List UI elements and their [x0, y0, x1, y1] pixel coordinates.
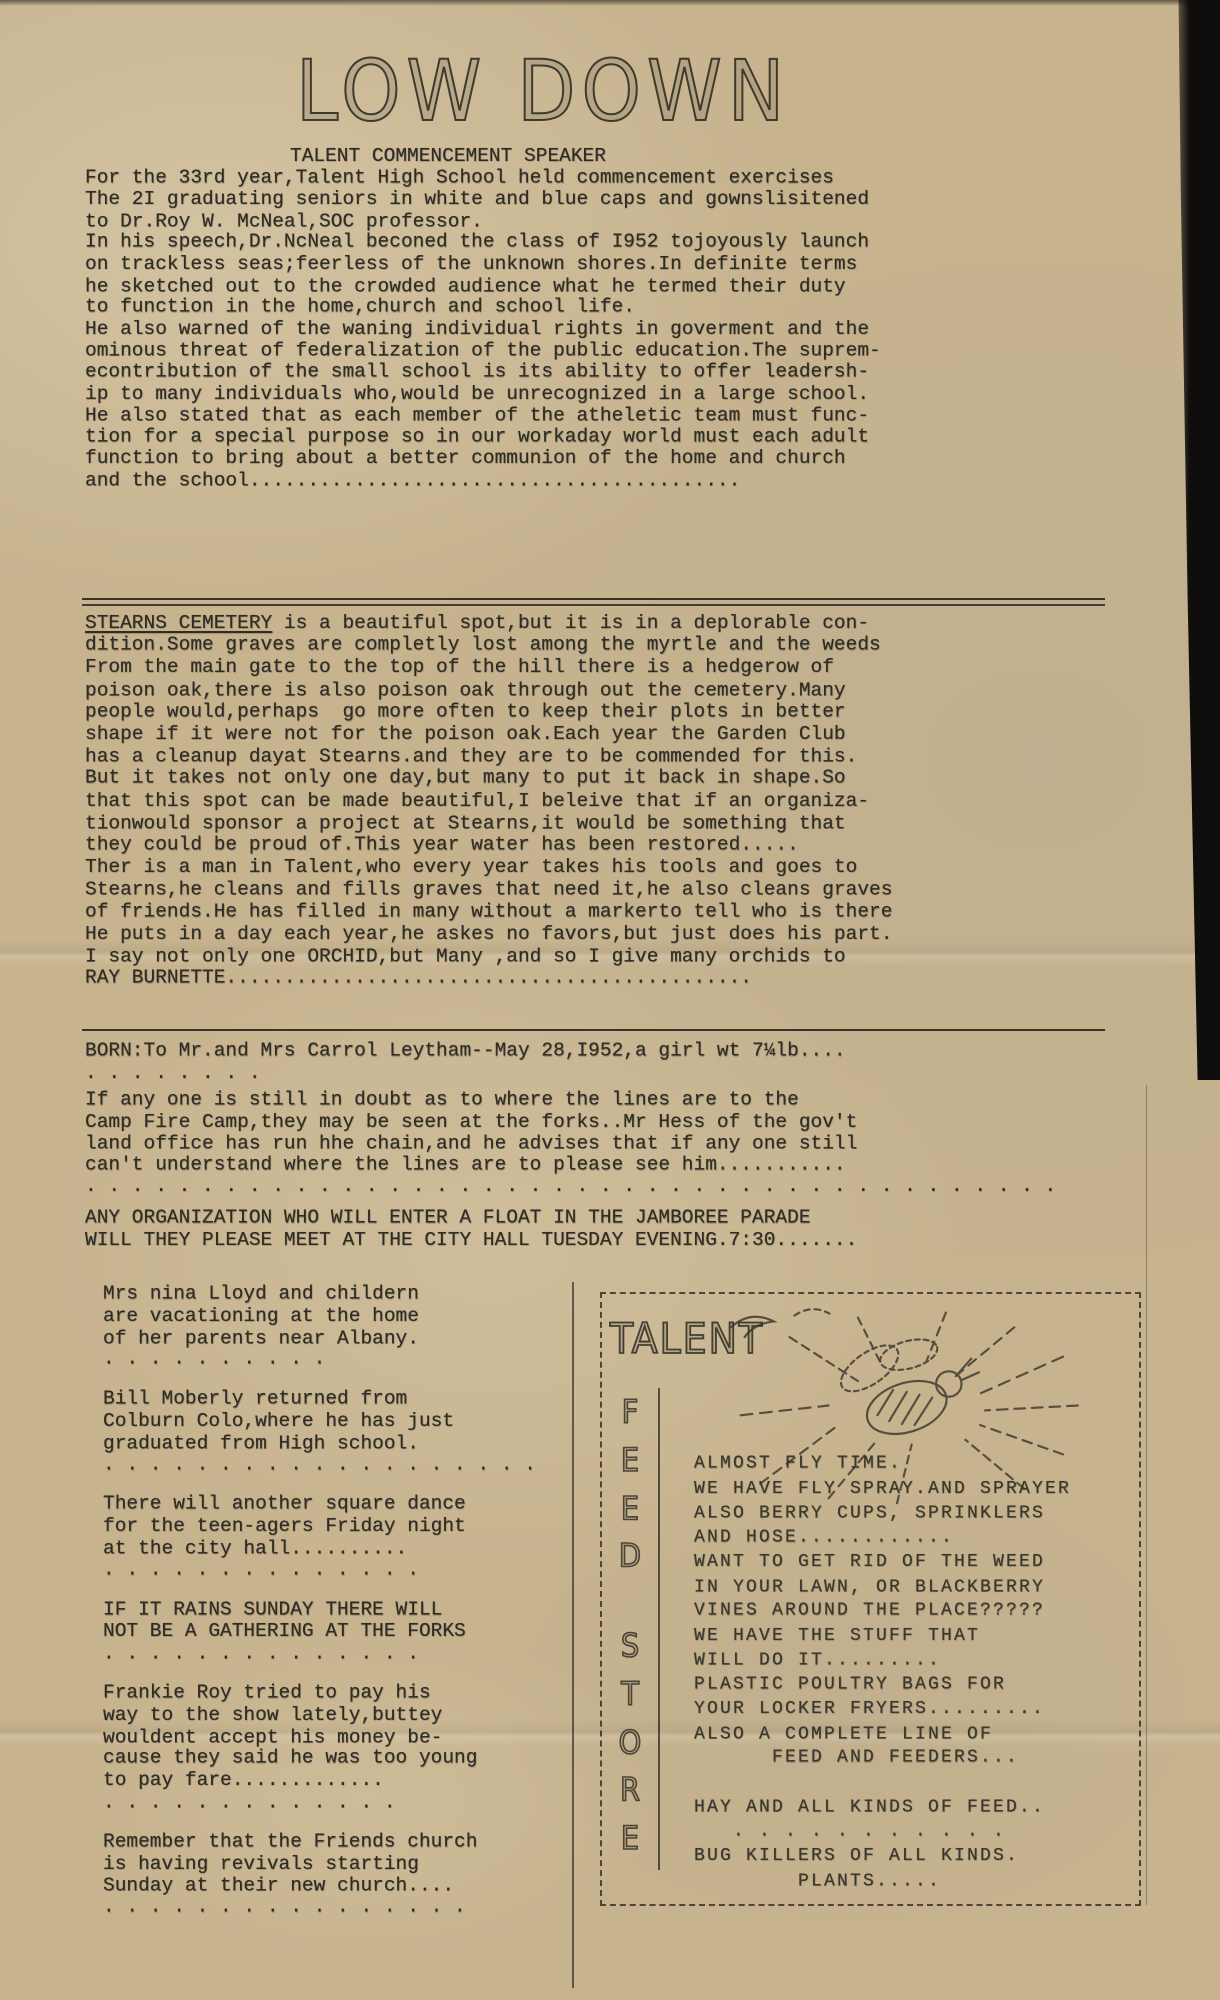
text-line: dition.Some graves are completly lost am… [85, 634, 892, 656]
horizontal-rule-double [82, 598, 1105, 606]
text-line: . . . . . . . . . . . . . [103, 1792, 543, 1814]
news-item: Frankie Roy tried to pay hisway to the s… [103, 1683, 543, 1814]
text-line: IF IT RAINS SUNDAY THERE WILL [103, 1599, 543, 1621]
text-line: F [610, 1388, 650, 1436]
text-line: If any one is still in doubt as to where… [85, 1090, 1056, 1112]
text-line: on trackless seas;feerless of the unknow… [85, 254, 881, 276]
text-line: IN YOUR LAWN, OR BLACKBERRY [694, 1575, 1071, 1600]
news-column: Mrs nina Lloyd and childernare vacationi… [103, 1284, 543, 1937]
text-line: econtribution of the small school is its… [85, 362, 881, 384]
text-line: BUG KILLERS OF ALL KINDS. [694, 1844, 1071, 1869]
newsletter-page: LOW DOWN TALENT COMMENCEMENT SPEAKER For… [0, 0, 1220, 2000]
news-item: IF IT RAINS SUNDAY THERE WILLNOT BE A GA… [103, 1600, 543, 1665]
stearns-lead: STEARNS CEMETERY [85, 612, 272, 634]
text-line: can't understand where the lines are to … [85, 1154, 1056, 1176]
text-line: NOT BE A GATHERING AT THE FORKS [103, 1621, 543, 1643]
text-line: E [610, 1484, 650, 1532]
text-line: In his speech,Dr.NcNeal beconed the clas… [85, 232, 881, 254]
feed-store-ad: TALENT [600, 1292, 1141, 1906]
text-line: T [610, 1670, 650, 1718]
commencement-article: TALENT COMMENCEMENT SPEAKER For the 33rd… [85, 146, 881, 492]
text-line: and the school..........................… [85, 470, 881, 492]
text-line: Sunday at their new church.... [103, 1876, 543, 1898]
birth-announcement: BORN:To Mr.and Mrs Carrol Leytham--May 2… [85, 1041, 846, 1084]
text-line: But it takes not only one day,but many t… [85, 767, 892, 789]
news-item: Mrs nina Lloyd and childernare vacationi… [103, 1284, 543, 1371]
text-line: E [610, 1436, 650, 1484]
text-line: WILL DO IT......... [694, 1648, 1071, 1673]
text-line: WANT TO GET RID OF THE WEED [694, 1550, 1071, 1575]
text-line: Bill Moberly returned from [103, 1389, 543, 1411]
text-line: function to bring about a better communi… [85, 448, 881, 470]
text-line: he sketched out to the crowded audience … [85, 276, 881, 298]
text-line: Camp Fire Camp,they may be seen at the f… [85, 1112, 1056, 1134]
text-line: that this spot can be made beautiful,I b… [85, 790, 892, 812]
text-line: at the city hall.......... [103, 1538, 543, 1560]
text-line: He also stated that as each member of th… [85, 406, 881, 428]
text-line: ominous threat of federalization of the … [85, 341, 881, 363]
text-line: . . . . . . . . . . . . . . . . [103, 1897, 543, 1919]
text-line: There will another square dance [103, 1494, 543, 1516]
text-line: poison oak,there is also poison oak thro… [85, 679, 892, 701]
text-line: FEED AND FEEDERS... [694, 1746, 1071, 1771]
text-line: to function in the home,church and schoo… [85, 297, 881, 319]
text-line: . . . . . . . . . . [103, 1349, 543, 1371]
text-line: Remember that the Friends church [103, 1831, 543, 1853]
text-line: Ther is a man in Talent,who every year t… [85, 856, 892, 878]
text-line: O [610, 1718, 650, 1766]
text-line: YOUR LOCKER FRYERS......... [694, 1697, 1071, 1722]
text-line: ip to many individuals who,would be unre… [85, 384, 881, 406]
text-line: E [610, 1814, 650, 1862]
text-line: WILL THEY PLEASE MEET AT THE CITY HALL T… [85, 1230, 857, 1252]
text-line [694, 1771, 1071, 1796]
text-line: ALSO A COMPLETE LINE OF [694, 1722, 1071, 1747]
scan-edge-right [1164, 0, 1220, 1080]
text-line: . . . . . . . . . . . [694, 1819, 1071, 1844]
text-line: HAY AND ALL KINDS OF FEED.. [694, 1795, 1071, 1820]
text-line: of her parents near Albany. [103, 1328, 543, 1350]
text-line: are vacationing at the home [103, 1306, 543, 1328]
stearns-lead-rest: is a beautiful spot,but it is in a deplo… [272, 612, 869, 634]
text-line: tionwould sponsor a project at Stearns,i… [85, 812, 892, 834]
text-line: R [610, 1766, 650, 1814]
text-line: The 2I graduating seniors in white and b… [85, 189, 881, 211]
horizontal-rule [82, 1029, 1105, 1031]
column-rule [572, 1282, 574, 1988]
text-line: From the main gate to the top of the hil… [85, 656, 892, 678]
text-line: AND HOSE............ [694, 1525, 1071, 1550]
text-line: for the teen-agers Friday night [103, 1516, 543, 1538]
vertical-word-store: STORE [610, 1622, 650, 1862]
text-line: PLASTIC POULTRY BAGS FOR [694, 1672, 1071, 1697]
paper-edge-line [1146, 1085, 1147, 1905]
text-line: shape if it were not for the poison oak.… [85, 723, 892, 745]
ad-divider-line [658, 1388, 660, 1870]
text-line: tion for a special purpose so in our wor… [85, 426, 881, 448]
text-line: PLANTS..... [694, 1869, 1071, 1894]
text-line: ALSO BERRY CUPS, SPRINKLERS [694, 1501, 1071, 1526]
text-line: Mrs nina Lloyd and childern [103, 1284, 543, 1306]
text-line: WE HAVE THE STUFF THAT [694, 1624, 1071, 1649]
text-line: ALMOST FLY TIME. [694, 1452, 1071, 1477]
text-line: people would,perhaps go more often to ke… [85, 701, 892, 723]
text-line: of friends.He has filled in many without… [85, 900, 892, 922]
text-line: RAY BURNETTE............................… [85, 967, 892, 989]
article-body: For the 33rd year,Talent High School hel… [85, 168, 881, 492]
text-line: to Dr.Roy W. McNeal,SOC professor. [85, 211, 881, 233]
text-line: wouldent accept his money be- [103, 1727, 543, 1749]
vertical-word-feed: FEED [610, 1388, 650, 1580]
text-line: graduated from High school. [103, 1433, 543, 1455]
text-line: . . . . . . . . . . . . . . . . . . . [103, 1454, 543, 1476]
jamboree-notice: ANY ORGANIZATION WHO WILL ENTER A FLOAT … [85, 1208, 857, 1251]
text-line: way to the show lately,buttey [103, 1705, 543, 1727]
article-heading: TALENT COMMENCEMENT SPEAKER [85, 146, 881, 168]
stearns-article: STEARNS CEMETERY is a beautiful spot,but… [85, 612, 892, 989]
text-line: Colburn Colo,where he has just [103, 1411, 543, 1433]
text-line: VINES AROUND THE PLACE????? [694, 1599, 1071, 1624]
text-line: Frankie Roy tried to pay his [103, 1683, 543, 1705]
text-line: cause they said he was too young [103, 1748, 543, 1770]
text-line: Stearns,he cleans and fills graves that … [85, 879, 892, 901]
article-body: dition.Some graves are completly lost am… [85, 634, 892, 989]
text-line: . . . . . . . . . . . . . . [103, 1644, 543, 1666]
text-line: . . . . . . . . [85, 1063, 846, 1085]
text-line: they could be proud of.This year water h… [85, 834, 892, 856]
text-line: to pay fare............. [103, 1770, 543, 1792]
text-line: He puts in a day each year,he askes no f… [85, 923, 892, 945]
scan-edge-top [0, 0, 1220, 6]
text-line: . . . . . . . . . . . . . . . . . . . . … [85, 1176, 1056, 1198]
ad-copy: ALMOST FLY TIME.WE HAVE FLY SPRAY.AND SP… [694, 1452, 1071, 1893]
text-line: land office has run hhe chain,and he adv… [85, 1134, 1056, 1156]
text-line: BORN:To Mr.and Mrs Carrol Leytham--May 2… [85, 1041, 846, 1063]
text-line: is having revivals starting [103, 1854, 543, 1876]
news-item: Remember that the Friends churchis havin… [103, 1832, 543, 1919]
text-line: D [610, 1532, 650, 1580]
campfire-notice: If any one is still in doubt as to where… [85, 1090, 1056, 1198]
text-line: ANY ORGANIZATION WHO WILL ENTER A FLOAT … [85, 1208, 857, 1230]
text-line: WE HAVE FLY SPRAY.AND SPRAYER [694, 1477, 1071, 1502]
text-line: has a cleanup dayat Stearns.and they are… [85, 746, 892, 768]
stearns-lead-line: STEARNS CEMETERY is a beautiful spot,but… [85, 612, 892, 634]
text-line: For the 33rd year,Talent High School hel… [85, 167, 881, 189]
text-line: . . . . . . . . . . . . . . [103, 1559, 543, 1581]
news-item: There will another square dancefor the t… [103, 1494, 543, 1581]
text-line: I say not only one ORCHID,but Many ,and … [85, 945, 892, 967]
news-item: Bill Moberly returned fromColburn Colo,w… [103, 1389, 543, 1476]
masthead-title: LOW DOWN [296, 42, 790, 140]
text-line: He also warned of the waning individual … [85, 319, 881, 341]
text-line: S [610, 1622, 650, 1670]
